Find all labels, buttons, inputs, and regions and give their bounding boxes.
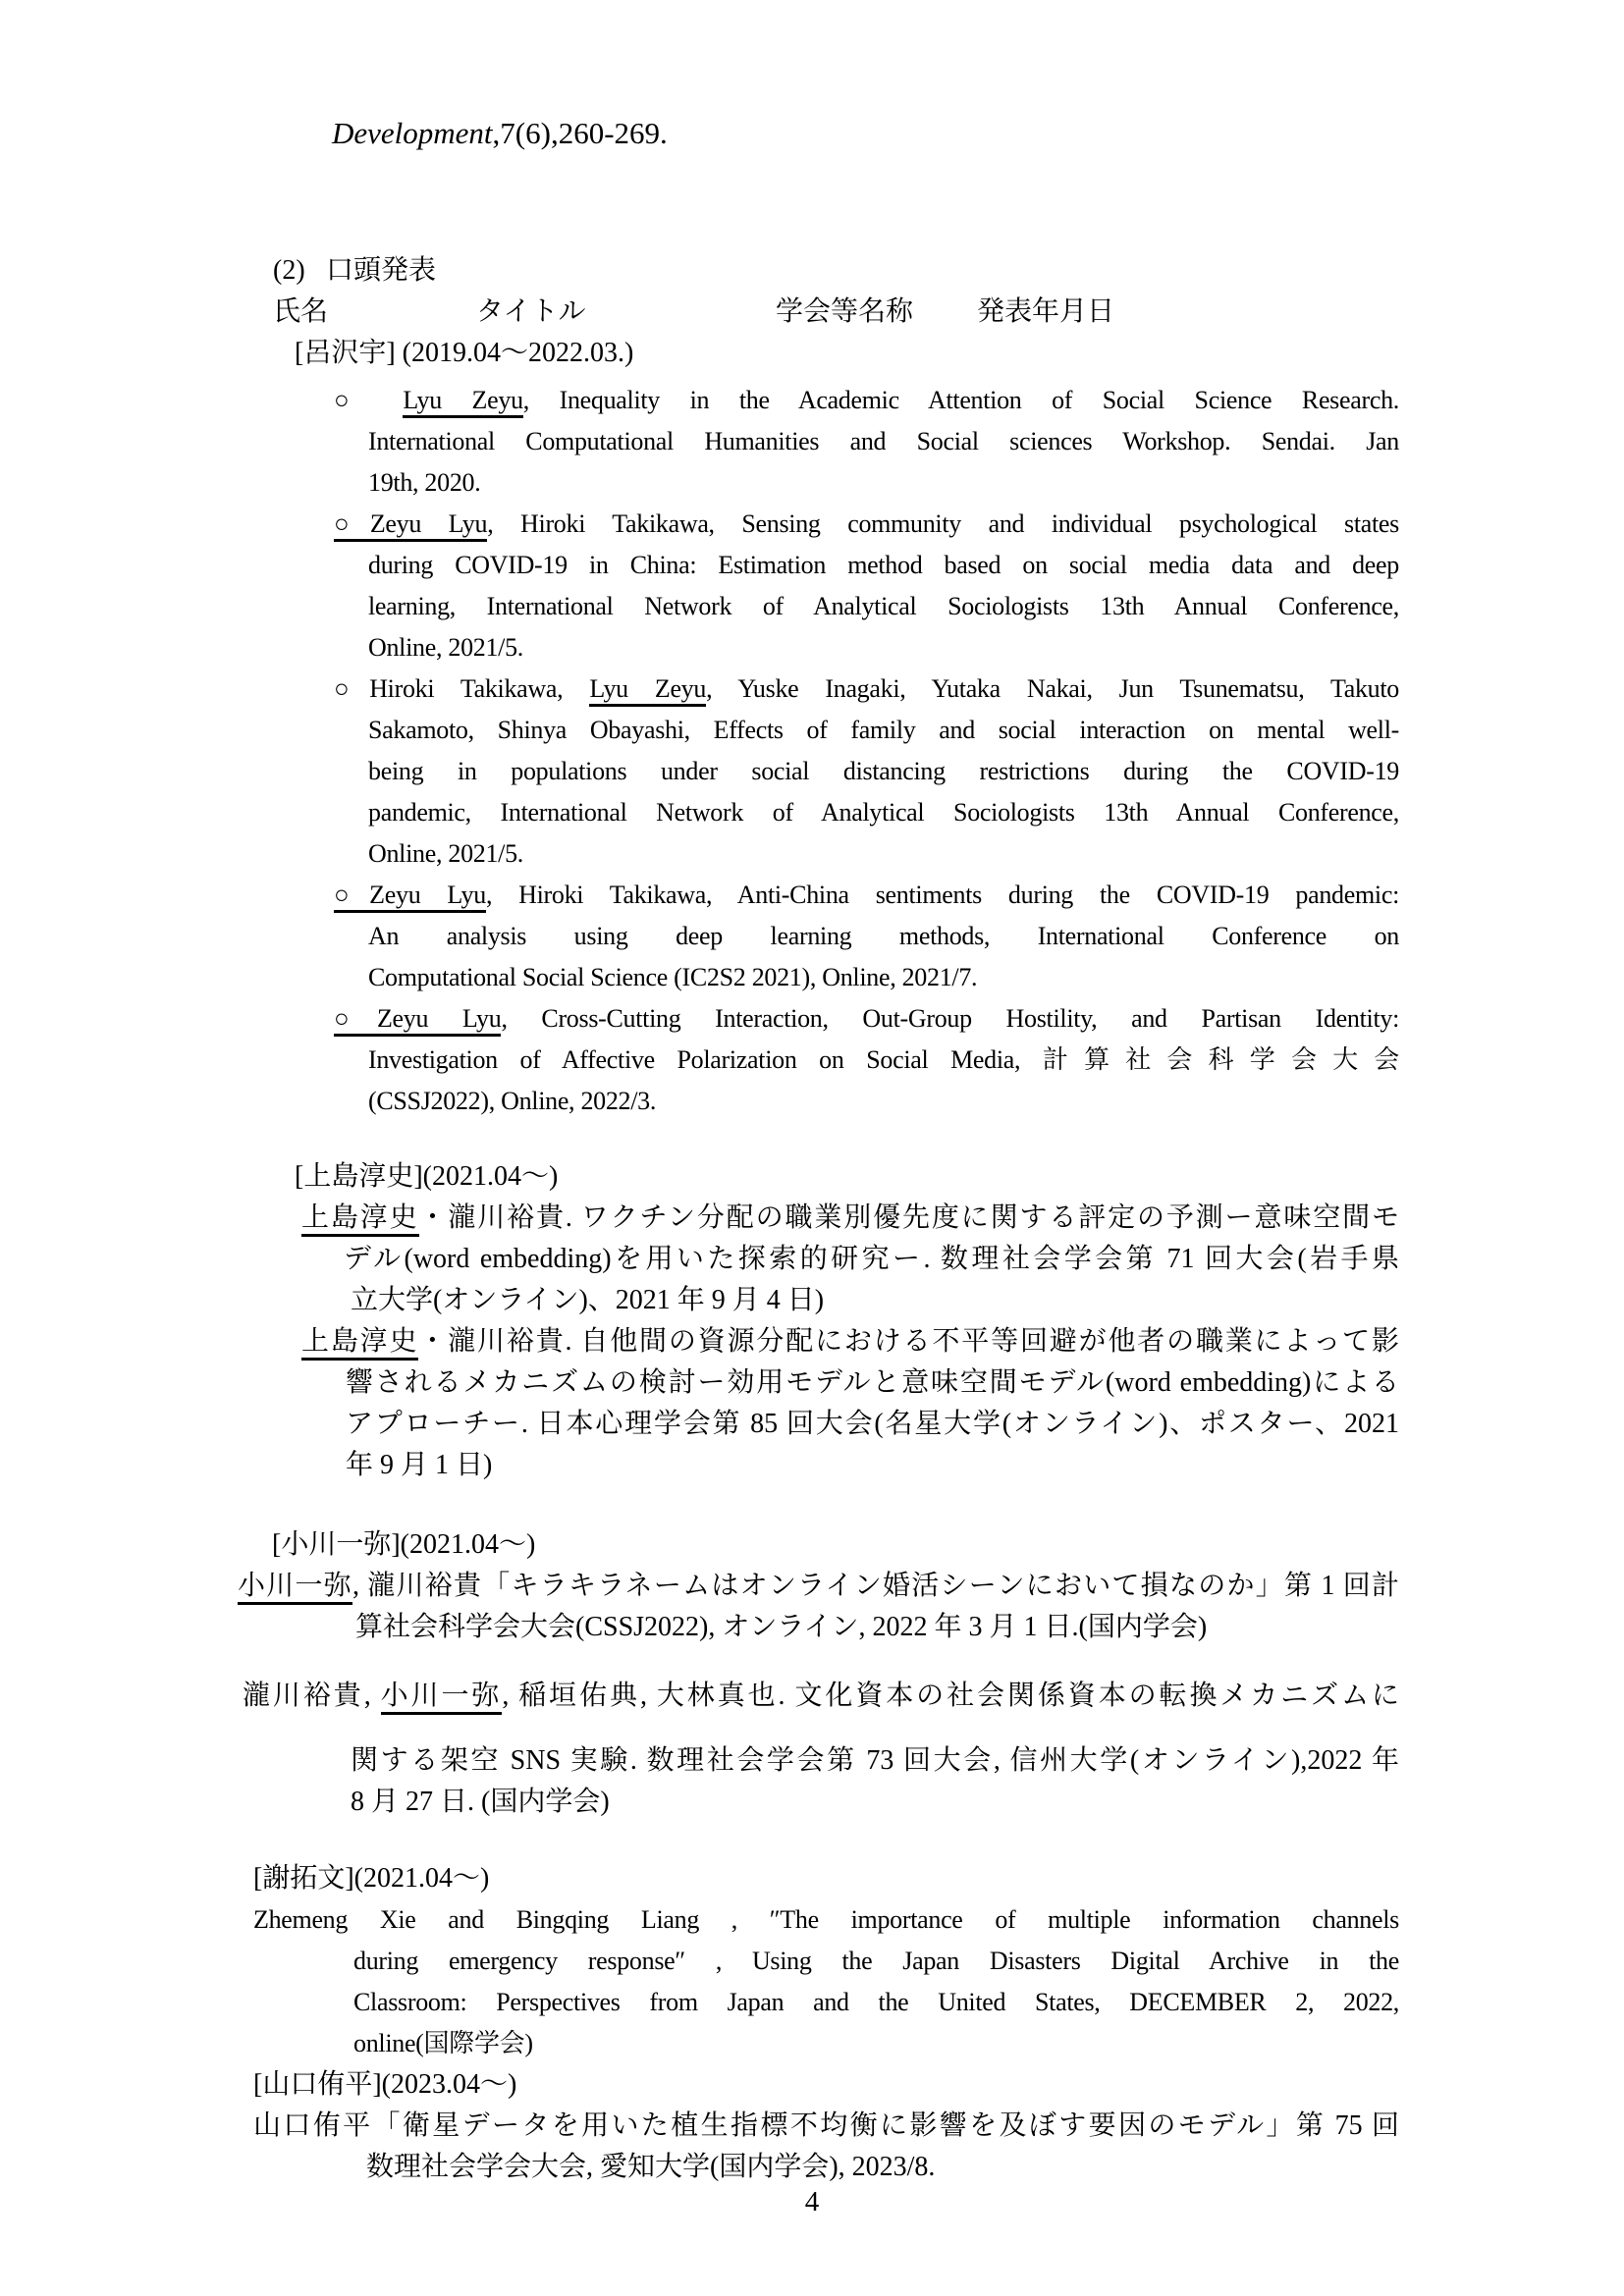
presentation-entry-line: 山口侑平「衛星データを用いた植生指標不均衡に影響を及ぼす要因のモデル」第 75 … [253,2106,1399,2147]
text-segment: 響されるメカニズムの検討ー効用モデルと意味空間モデル(word embeddin… [346,1367,1399,1398]
presentation-entry-line: ○Zeyu Lyu, Cross-Cutting Interaction, Ou… [334,998,1399,1040]
text-segment: 瀧川裕貴, [243,1681,381,1711]
member-period-header: [上島淳史](2021.04～) [295,1156,1624,1198]
journal-reference: Development,7(6),260-269. [332,113,1624,154]
text-segment: 口頭発表 [326,250,436,292]
text-segment: Zhemeng Xie and Bingqing Liang , ″The im… [253,1905,1399,1934]
text-segment: ○Hiroki Takikawa, [334,674,589,703]
text-segment: Development [332,116,493,150]
presentation-entry-line: online(国際学会) [353,2023,1624,2064]
presentation-entry-line: Classroom: Perspectives from Japan and t… [353,1982,1399,2023]
presentation-entry-line: 上島淳史・瀧川裕貴. ワクチン分配の職業別優先度に関する評定の予測ー意味空間モ [301,1198,1399,1239]
text-segment: ・瀧川裕貴. 自他間の資源分配における不平等回避が他者の職業によって影 [418,1326,1399,1357]
presentation-entry-line: International Computational Humanities a… [368,421,1399,462]
underlined-author: 上島淳史 [301,1326,418,1361]
text-segment: during COVID-19 in China: Estimation met… [368,551,1399,579]
presentation-entry-line: ○ Lyu Zeyu, Inequality in the Academic A… [334,380,1399,421]
text-segment: Investigation of Affective Polarization … [368,1045,1399,1074]
text-segment: International Computational Humanities a… [368,427,1399,455]
section-heading: (2)口頭発表 [0,250,1624,292]
text-segment: (CSSJ2022), Online, 2022/3. [368,1087,656,1115]
presentation-entry-line: An analysis using deep learning methods,… [368,916,1399,957]
text-segment: , 瀧川裕貴「キラキラネームはオンライン婚活シーンにおいて損なのか」第 1 回計 [352,1571,1399,1601]
member-period-header: [呂沢宇] (2019.04～2022.03.) [295,333,1624,374]
presentation-entry-line: Online, 2021/5. [368,833,1624,875]
underlined-author: ○Zeyu Lyu [334,509,487,542]
presentation-entry-line: Investigation of Affective Polarization … [368,1040,1399,1081]
text-segment: 氏名 [273,292,328,333]
text-segment: 学会等名称 [776,292,913,333]
text-segment: An analysis using deep learning methods,… [368,922,1399,950]
presentation-entry-line: ○Hiroki Takikawa, Lyu Zeyu, Yuske Inagak… [334,668,1399,710]
presentation-entry-line: Online, 2021/5. [368,627,1624,668]
text-segment: , Yuske Inagaki, Yutaka Nakai, Jun Tsune… [706,674,1399,703]
presentation-entry-line: 立大学(オンライン)、2021 年 9 月 4 日) [351,1280,1624,1321]
presentation-entry-line: (CSSJ2022), Online, 2022/3. [368,1081,1624,1122]
presentation-entry-line: デル(word embedding)を用いた探索的研究ー. 数理社会学会第 71… [344,1239,1399,1280]
document-page: Development,7(6),260-269.(2)口頭発表氏名タイトル学会… [0,0,1624,2296]
underlined-author: Lyu Zeyu [403,386,522,418]
member-period-header: [小川一弥](2021.04～) [272,1524,1624,1566]
underlined-author: 上島淳史 [301,1202,419,1237]
text-segment: Sakamoto, Shinya Obayashi, Effects of fa… [368,716,1399,744]
text-segment: , Inequality in the Academic Attention o… [523,386,1399,414]
presentation-entry-line: 8 月 27 日. (国内学会) [351,1782,1624,1823]
member-period-header: [山口侑平](2023.04～) [253,2064,1624,2106]
text-segment: Online, 2021/5. [368,633,523,662]
text-segment: 立大学(オンライン)、2021 年 9 月 4 日) [351,1285,824,1315]
presentation-entry-line: Computational Social Science (IC2S2 2021… [368,957,1624,998]
text-segment: ・瀧川裕貴. ワクチン分配の職業別優先度に関する評定の予測ー意味空間モ [419,1202,1399,1233]
presentation-entry-line: ○Zeyu Lyu, Hiroki Takikawa, Anti-China s… [334,875,1399,916]
presentation-entry-line: ○Zeyu Lyu, Hiroki Takikawa, Sensing comm… [334,504,1399,545]
text-segment: [山口侑平](2023.04～) [253,2069,516,2100]
presentation-entry-line: 瀧川裕貴, 小川一弥, 稲垣佑典, 大林真也. 文化資本の社会関係資本の転換メカ… [243,1676,1399,1717]
underlined-author: 小川一弥 [238,1571,352,1605]
column-headers: 氏名タイトル学会等名称発表年月日 [0,292,1624,333]
presentation-entry-line: during emergency response″ , Using the J… [353,1941,1399,1982]
text-segment: being in populations under social distan… [368,757,1399,785]
text-segment: アプローチー. 日本心理学会第 85 回大会(名星大学(オンライン)、ポスター、… [346,1409,1399,1439]
page-number: 4 [0,2181,1624,2222]
text-segment: , Hiroki Takikawa, Sensing community and… [487,509,1399,538]
text-segment: デル(word embedding)を用いた探索的研究ー. 数理社会学会第 71… [344,1244,1399,1274]
presentation-entry-line: 小川一弥, 瀧川裕貴「キラキラネームはオンライン婚活シーンにおいて損なのか」第 … [238,1566,1399,1607]
presentation-entry-line: アプローチー. 日本心理学会第 85 回大会(名星大学(オンライン)、ポスター、… [346,1404,1399,1445]
presentation-entry-line: Zhemeng Xie and Bingqing Liang , ″The im… [253,1899,1399,1941]
presentation-entry-line: 関する架空 SNS 実験. 数理社会学会第 73 回大会, 信州大学(オンライン… [351,1740,1399,1782]
presentation-entry-line: 上島淳史・瀧川裕貴. 自他間の資源分配における不平等回避が他者の職業によって影 [301,1321,1399,1362]
text-segment: タイトル [476,292,585,333]
presentation-entry-line: pandemic, International Network of Analy… [368,792,1399,833]
presentation-entry-line: learning, International Network of Analy… [368,586,1399,627]
text-segment: ○ [334,386,403,414]
presentation-entry-line: 年 9 月 1 日) [346,1445,1624,1486]
document-body: Development,7(6),260-269.(2)口頭発表氏名タイトル学会… [0,0,1624,2188]
text-segment: ,7(6),260-269. [493,116,668,150]
presentation-entry-line: during COVID-19 in China: Estimation met… [368,545,1399,586]
text-segment: [小川一弥](2021.04～) [272,1529,535,1560]
member-period-header: [謝拓文](2021.04～) [253,1858,1624,1899]
text-segment: 数理社会学会大会, 愛知大学(国内学会), 2023/8. [366,2152,935,2182]
presentation-entry-line: 響されるメカニズムの検討ー効用モデルと意味空間モデル(word embeddin… [346,1362,1399,1404]
text-segment: [謝拓文](2021.04～) [253,1863,489,1894]
presentation-entry-line: Sakamoto, Shinya Obayashi, Effects of fa… [368,710,1399,751]
presentation-entry-line: 19th, 2020. [368,462,1624,504]
text-segment: , Cross-Cutting Interaction, Out-Group H… [501,1004,1399,1033]
text-segment: [呂沢宇] (2019.04～2022.03.) [295,338,633,368]
presentation-entry-line: being in populations under social distan… [368,751,1399,792]
text-segment: online(国際学会) [353,2029,533,2057]
text-segment: Computational Social Science (IC2S2 2021… [368,963,977,991]
underlined-author: 小川一弥 [381,1681,503,1715]
text-segment: 発表年月日 [977,292,1114,333]
text-segment: learning, International Network of Analy… [368,592,1399,620]
underlined-author: ○Zeyu Lyu [334,881,486,913]
text-segment: 年 9 月 1 日) [346,1450,492,1480]
text-segment: , Hiroki Takikawa, Anti-China sentiments… [486,881,1399,909]
text-segment: pandemic, International Network of Analy… [368,798,1399,827]
presentation-entry-line: 算社会科学会大会(CSSJ2022), オンライン, 2022 年 3 月 1 … [355,1607,1624,1648]
text-segment: during emergency response″ , Using the J… [353,1947,1399,1975]
text-segment: (2) [273,250,305,292]
underlined-author: ○Zeyu Lyu [334,1004,501,1037]
text-segment: [上島淳史](2021.04～) [295,1161,558,1192]
text-segment: 山口侑平「衛星データを用いた植生指標不均衡に影響を及ぼす要因のモデル」第 75 … [253,2110,1399,2141]
text-segment: Classroom: Perspectives from Japan and t… [353,1988,1399,2016]
text-segment: Online, 2021/5. [368,839,523,868]
text-segment: , 稲垣佑典, 大林真也. 文化資本の社会関係資本の転換メカニズムに [502,1681,1399,1711]
underlined-author: Lyu Zeyu [589,674,706,707]
text-segment: 19th, 2020. [368,468,480,497]
text-segment: 算社会科学会大会(CSSJ2022), オンライン, 2022 年 3 月 1 … [355,1612,1207,1642]
text-segment: 8 月 27 日. (国内学会) [351,1787,610,1817]
text-segment: 関する架空 SNS 実験. 数理社会学会第 73 回大会, 信州大学(オンライン… [351,1745,1399,1776]
